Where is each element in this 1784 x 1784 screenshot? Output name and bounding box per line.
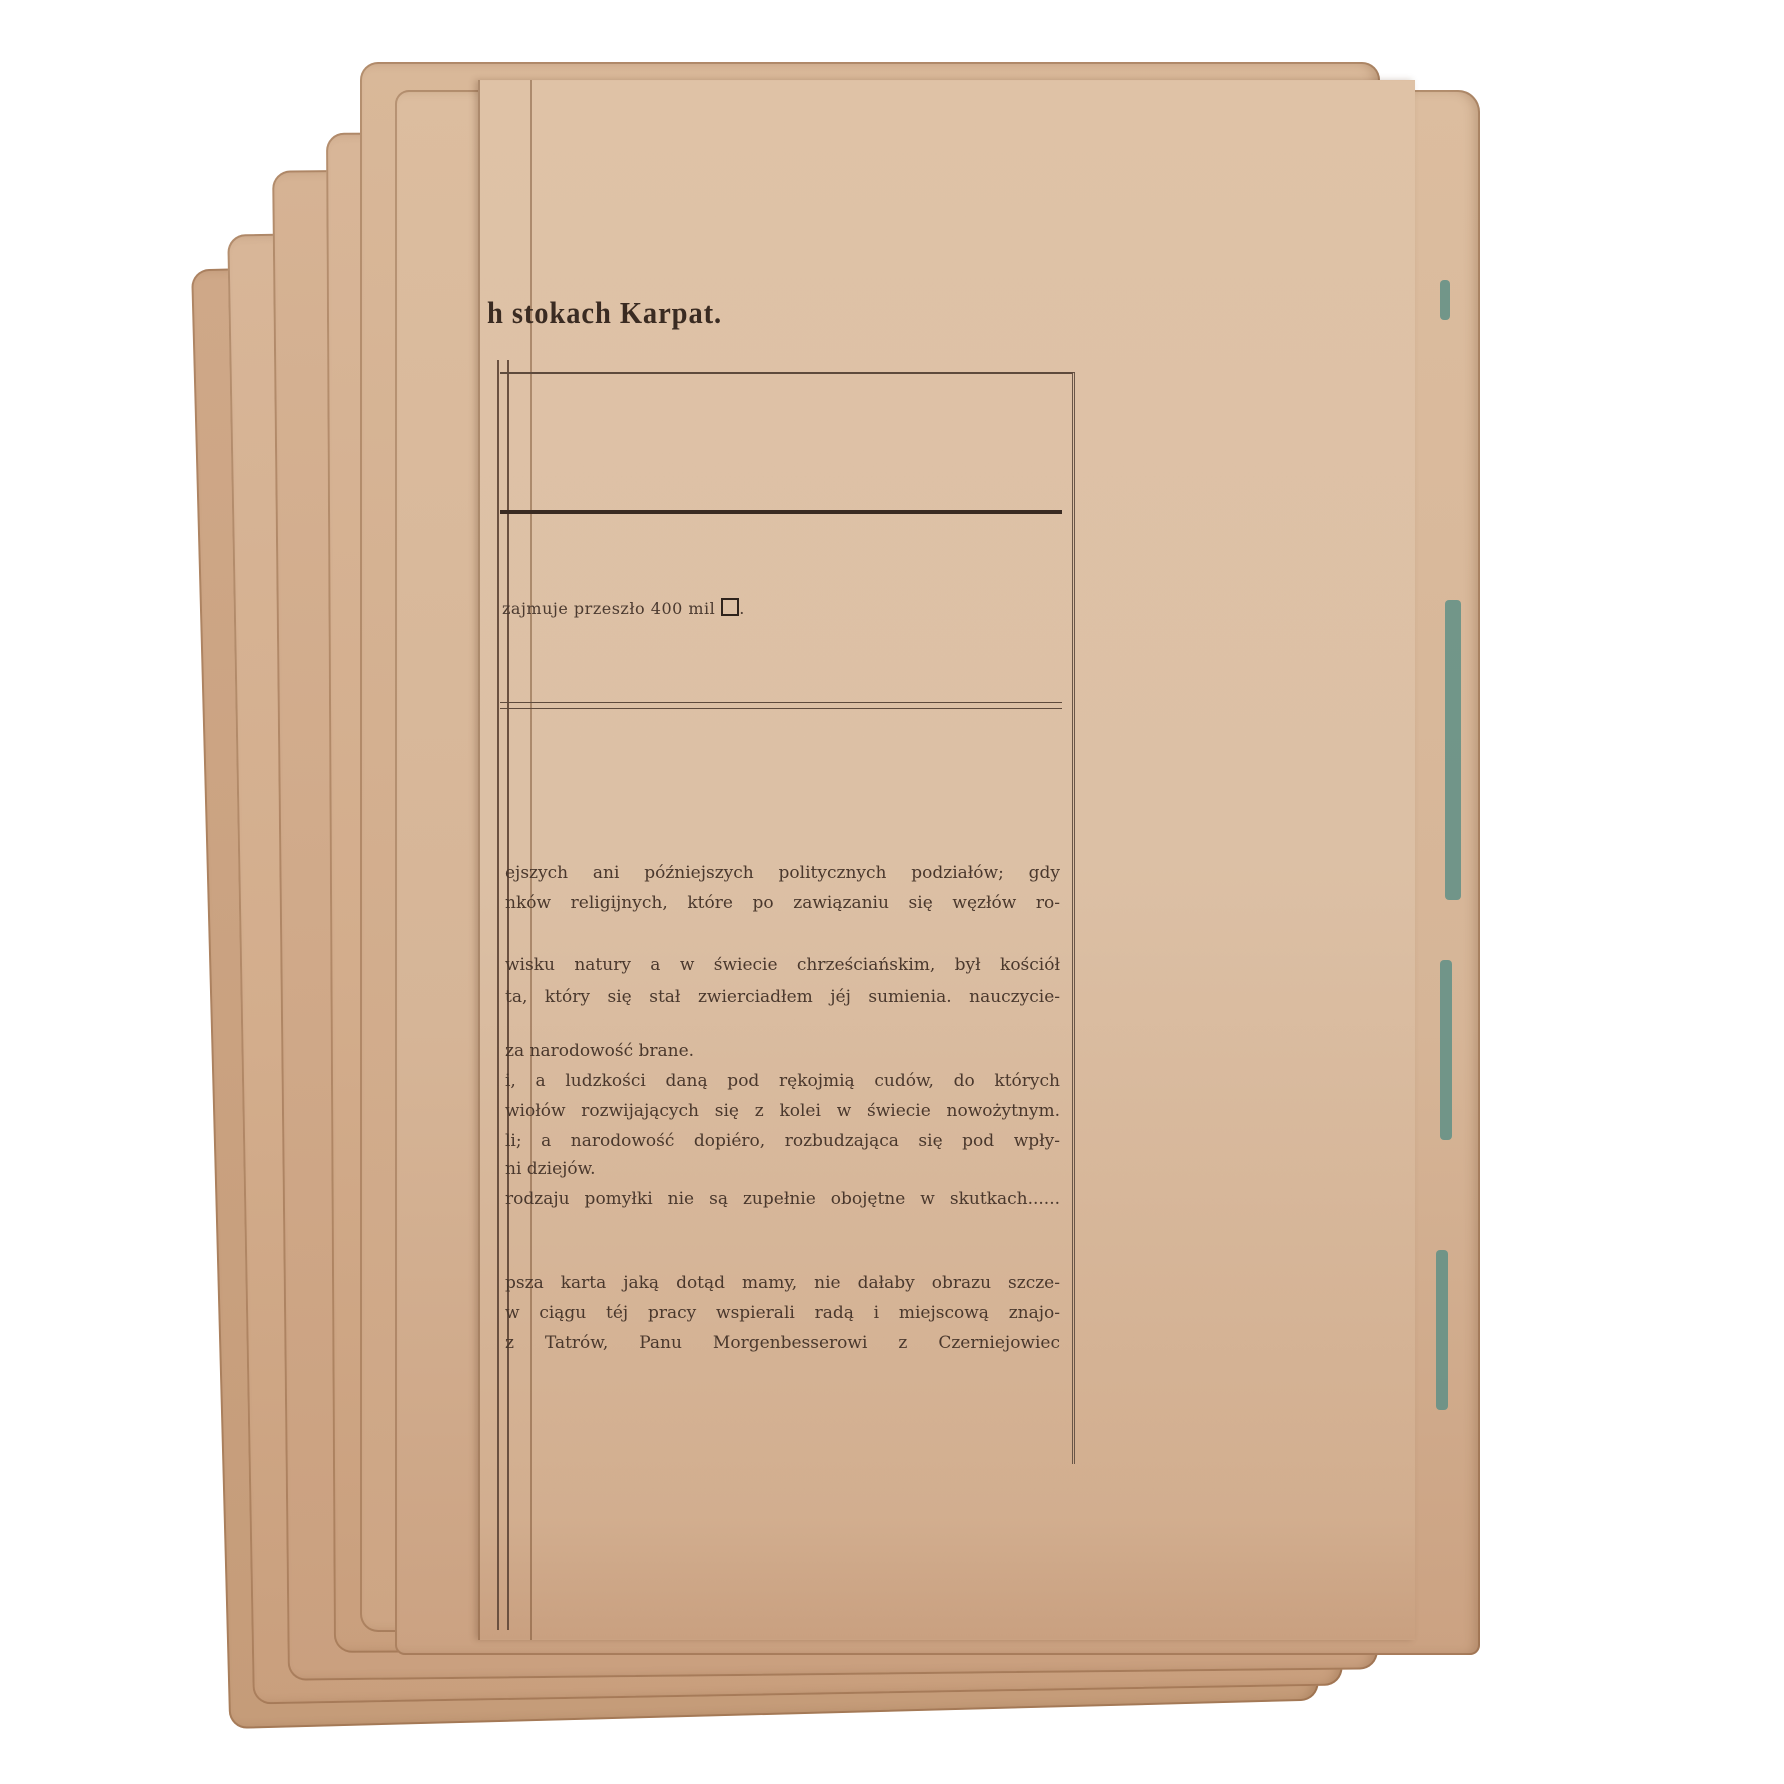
text-line: wiołów rozwijających się z kolei w świec… — [505, 1096, 1060, 1126]
text-line: z Tatrów, Panu Morgenbesserowi z Czernie… — [505, 1328, 1060, 1358]
area-text: zajmuje przeszło 400 mil — [502, 599, 715, 618]
text-line: psza karta jaką dotąd mamy, nie dałaby o… — [505, 1268, 1060, 1298]
table-section-rule — [500, 702, 1062, 709]
binding-tab — [1440, 280, 1450, 320]
area-period: . — [739, 599, 745, 618]
paper-stack: h stokach Karpat. zajmuje przeszło 400 m… — [0, 0, 1784, 1784]
text-line: i, a ludzkości daną pod rękojmią cudów, … — [505, 1066, 1060, 1096]
square-mile-icon — [721, 598, 739, 616]
page-heading: h stokach Karpat. — [487, 295, 722, 331]
binding-tab — [1445, 600, 1461, 900]
text-line: nków religijnych, które po zawiązaniu si… — [505, 888, 1060, 918]
text-line: ni dziejów. — [505, 1154, 1060, 1184]
text-line: za narodowość brane. — [505, 1036, 1060, 1066]
binding-tab — [1436, 1250, 1448, 1410]
text-line: ta, który się stał zwierciadłem jéj sumi… — [505, 982, 1060, 1012]
text-line: wisku natury a w świecie chrześciańskim,… — [505, 950, 1060, 980]
text-line: w ciągu téj pracy wspierali radą i miejs… — [505, 1298, 1060, 1328]
table-header-rule — [500, 510, 1062, 514]
text-line: rodzaju pomyłki nie są zupełnie obojętne… — [505, 1184, 1060, 1214]
text-line: li; a narodowość dopiéro, rozbudzająca s… — [505, 1126, 1060, 1156]
area-line: zajmuje przeszło 400 mil. — [502, 598, 745, 618]
binding-tab — [1440, 960, 1452, 1140]
text-line: ejszych ani późniejszych politycznych po… — [505, 858, 1060, 888]
